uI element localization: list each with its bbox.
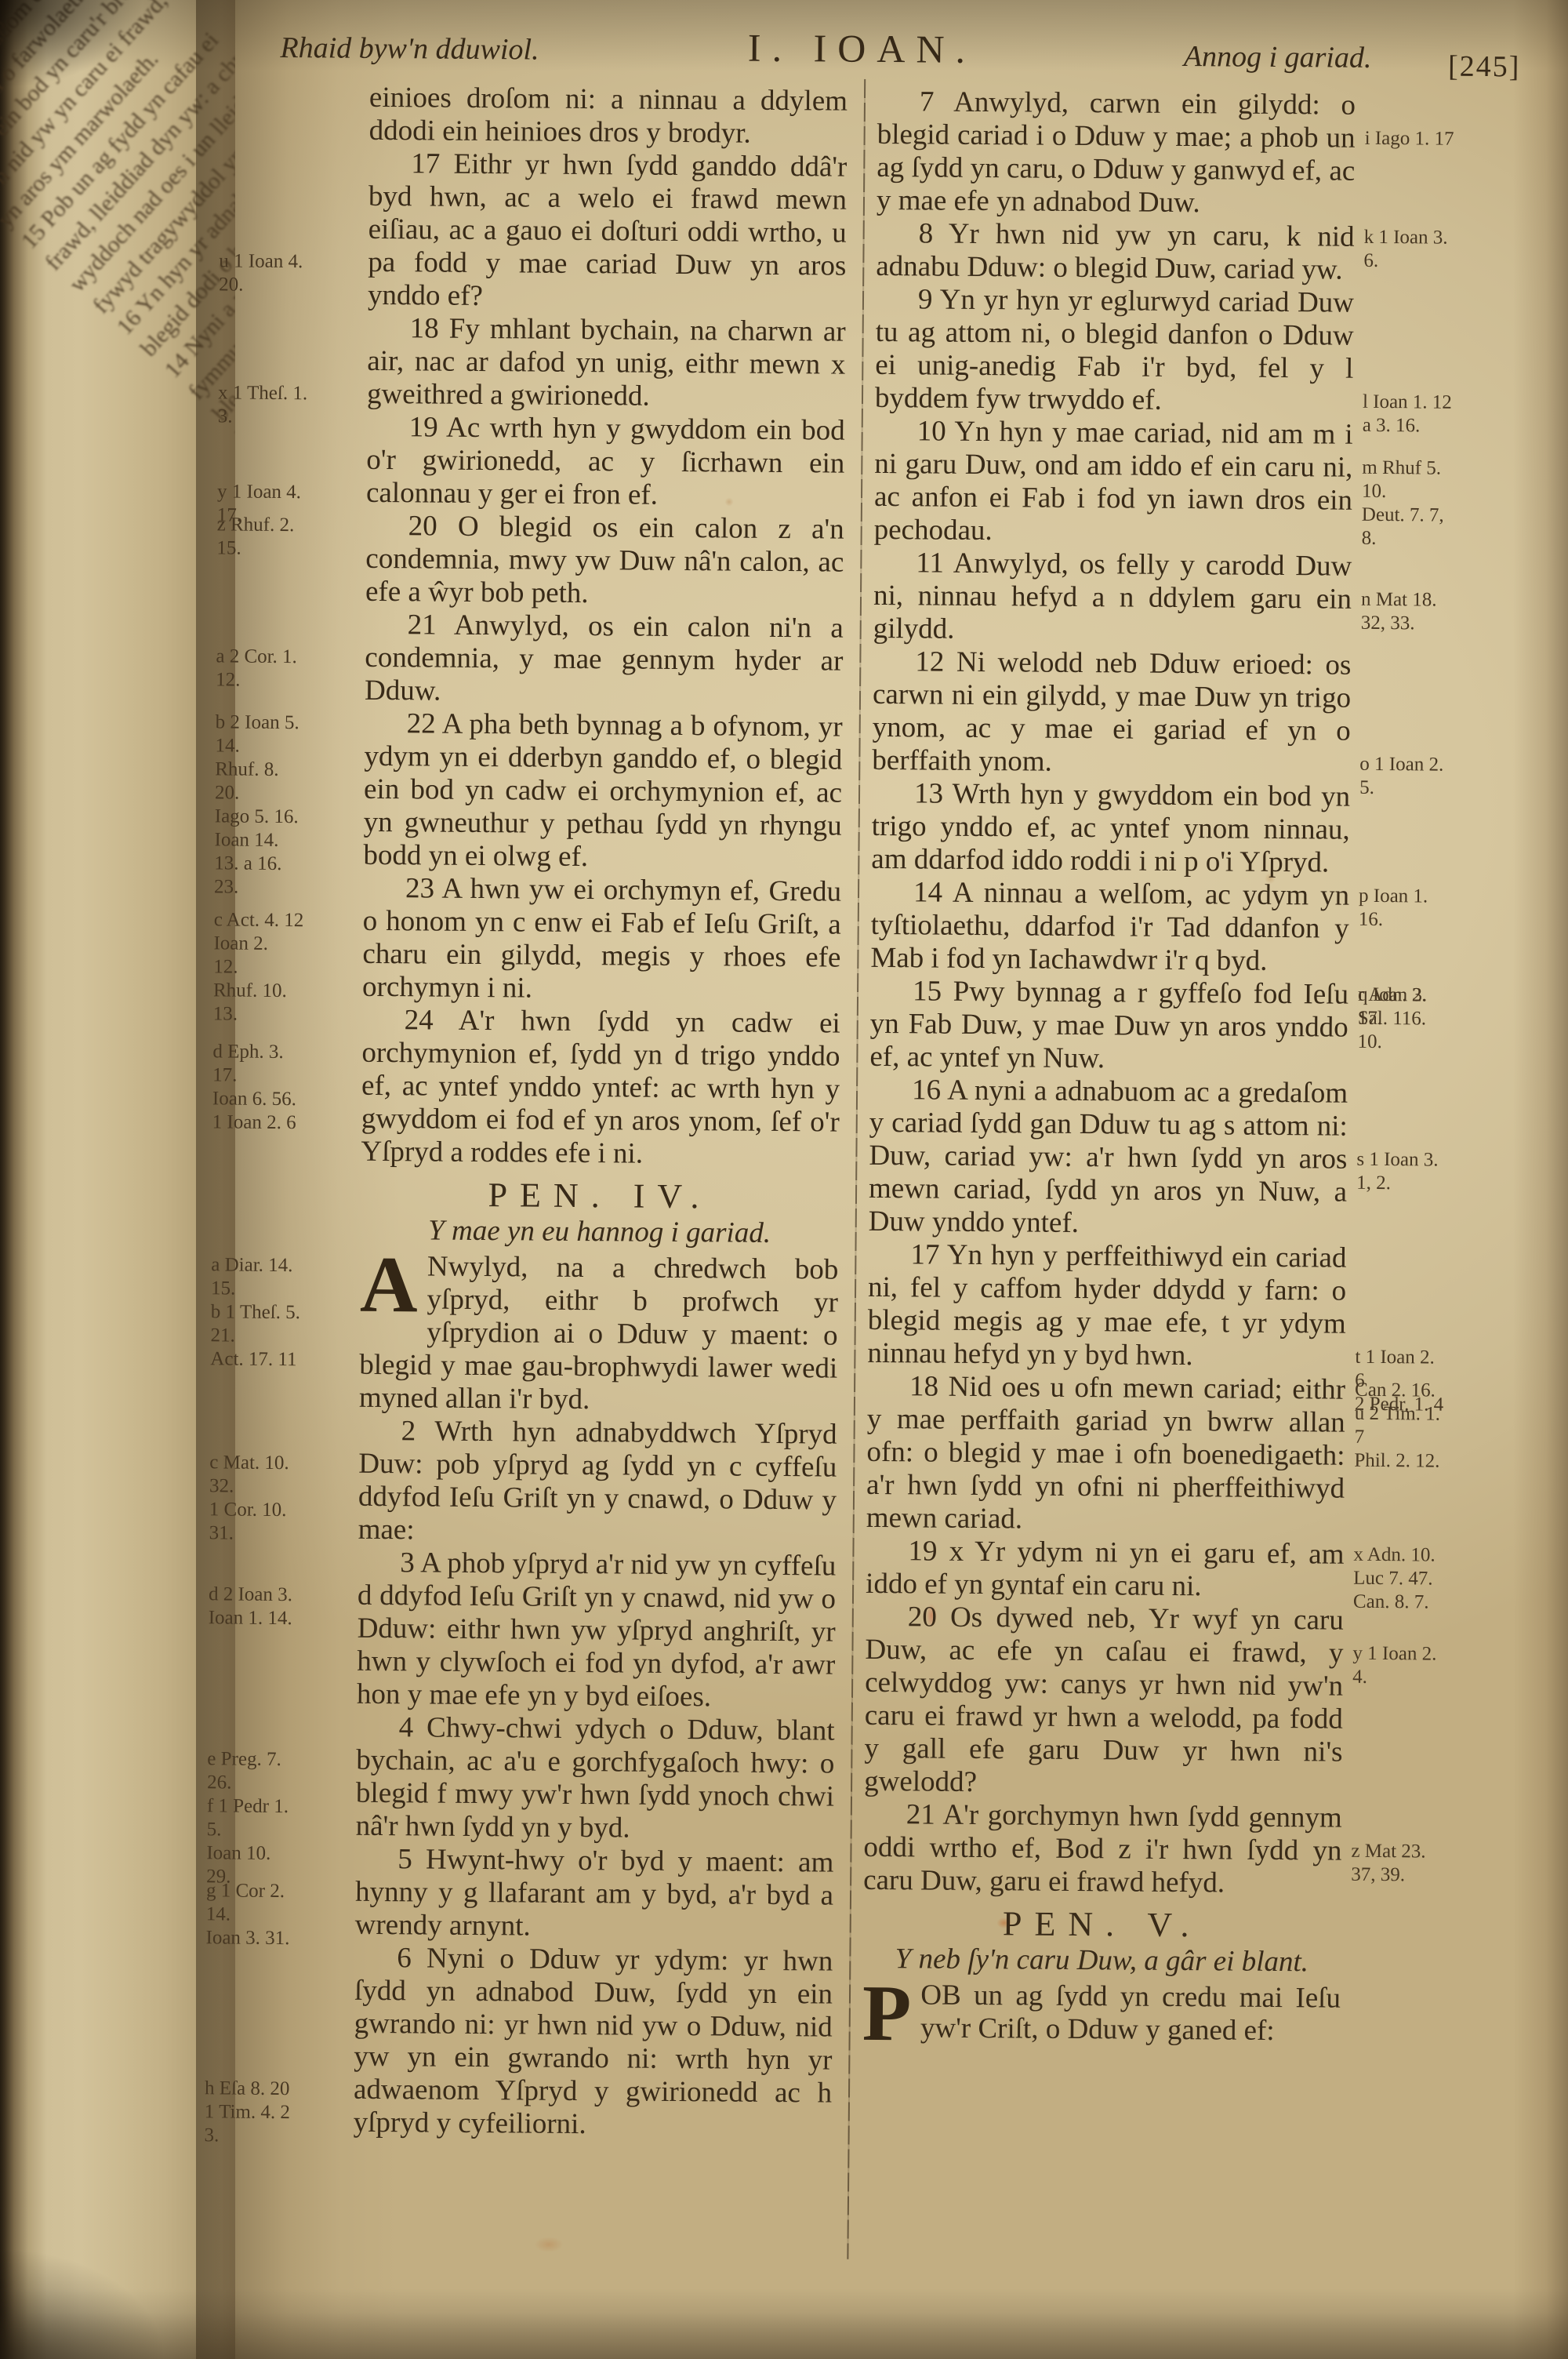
drop-cap: P [862, 1979, 921, 2047]
margin-note-line: 23. [214, 875, 354, 900]
margin-note-line: 12. [216, 668, 355, 692]
verse-paragraph: 18 Fy mhlant bychain, na charwn ar air, … [367, 312, 846, 415]
verse-paragraph: 18 Nid oes u ofn mewn cariad; eithr y ma… [866, 1370, 1346, 1539]
verse-paragraph: 9 Yn yr hyn yr eglurwyd cariad Duw tu ag… [875, 283, 1354, 419]
margin-note: c Act. 4. 12Ioan 2.12.Rhuf. 10.13. [213, 908, 354, 1027]
chapter-heading: PEN. IV. [361, 1178, 839, 1215]
verse-paragraph: 19 Ac wrth hyn y gwyddom ein bod o'r gwi… [366, 411, 845, 514]
verse-paragraph: 10 Yn hyn y mae cariad, nid am m i ni ga… [874, 415, 1353, 551]
verse-paragraph: 21 A'r gorchymyn hwn ſydd gennym oddi wr… [863, 1798, 1342, 1901]
margin-note-line: Ioan 10. [206, 1841, 346, 1866]
verse-paragraph: 17 Yn hyn y perffeithiwyd ein cariad ni,… [867, 1238, 1346, 1374]
verse-paragraph: 8 Yr hwn nid yw yn caru, k nid adnabu Dd… [876, 217, 1355, 287]
margin-note-line: y 1 Ioan 4. [217, 480, 357, 504]
margin-note-line: 20. [219, 273, 358, 297]
margin-note-line: u 1 Ioan 4. [219, 249, 358, 274]
chapter-summary: Y neb ſy'n caru Duw, a gâr ei blant. [862, 1943, 1341, 1979]
margin-note: a 2 Cor. 1.12. [216, 645, 355, 692]
margin-note-line: 17. [212, 1063, 352, 1088]
verse-paragraph: 17 Eithr yr hwn ſydd ganddo ddâ'r byd hw… [368, 147, 848, 316]
margin-note-line: 14. [215, 734, 354, 758]
margin-note-line: 14. [206, 1903, 346, 1927]
margin-note-line: 31. [209, 1521, 349, 1546]
margin-note-line: x 1 Theſ. 1. [218, 381, 358, 405]
verse-paragraph: 12 Ni welodd neb Dduw erioed: os carwn n… [872, 645, 1351, 781]
verse-paragraph: 23 A hwn yw ei orchymyn ef, Gredu o hono… [362, 872, 841, 1008]
margin-note-line: Rhuf. 10. [213, 979, 353, 1003]
margin-note: d Eph. 3.17.Ioan 6. 56.1 Ioan 2. 6 [212, 1040, 353, 1135]
margin-note-line: Ioan 2. [213, 932, 353, 956]
margin-note: d 2 Ioan 3.Ioan 1. 14. [209, 1583, 348, 1630]
page-content: Rhaid byw'n dduwiol. I. IOAN. Annog i ga… [0, 0, 1568, 2359]
margin-note-line: 1 Ioan 2. 6 [212, 1110, 352, 1135]
verse-paragraph: 4 Chwy-chwi ydych o Dduw, blant bychain,… [356, 1711, 835, 1847]
margin-note-line: Ioan 3. 31. [205, 1926, 345, 1950]
margin-note: b 2 Ioan 5.14.Rhuf. 8.20.Iago 5. 16.Ioan… [214, 711, 355, 900]
verse-paragraph: 16 A nyni a adnabuom ac a gredaſom y car… [869, 1074, 1348, 1242]
drop-cap: A [360, 1250, 427, 1318]
verse-paragraph: 13 Wrth hyn y gwyddom ein bod yn trigo y… [871, 777, 1350, 880]
page-right-edge-shade [1513, 0, 1568, 2359]
verse-paragraph: 5 Hwynt-hwy o'r byd y maent: am hynny y … [355, 1843, 834, 1946]
margin-note-line: 15. [211, 1277, 350, 1301]
left-text-column: einioes droſom ni: a ninnau a ddylem ddo… [354, 82, 848, 2143]
chapter-heading: PEN. V. [863, 1906, 1341, 1943]
margin-note-line: c Act. 4. 12 [214, 908, 354, 932]
page-bottom-edge-shade [0, 2312, 1568, 2359]
verse-paragraph: 15 Pwy bynnag a r gyffeſo fod Ieſu yn Fa… [869, 975, 1348, 1078]
verse-paragraph: 6 Nyni o Dduw yr ydym: yr hwn ſydd yn ad… [354, 1942, 833, 2143]
margin-note-line: 12. [213, 955, 353, 980]
margin-note-line: 26. [207, 1771, 347, 1795]
margin-note-line: 3. [204, 2124, 343, 2148]
verse-paragraph: 24 A'r hwn ſydd yn cadw ei orchymynion e… [361, 1004, 840, 1172]
margin-note-line: 32. [209, 1474, 349, 1499]
running-title-right: Annog i gariad. [1184, 39, 1372, 75]
verse-paragraph: 20 Os dywed neb, Yr wyf yn caru Duw, ac … [864, 1601, 1344, 1802]
margin-note-line: 13. a 16. [214, 852, 354, 876]
margin-note: g 1 Cor 2.14.Ioan 3. 31. [205, 1879, 346, 1950]
verse-paragraph: 21 Anwylyd, os ein calon ni'n a condemni… [365, 609, 844, 711]
margin-note-line: 3. [218, 405, 358, 429]
margin-note-line: Rhuf. 8. [215, 758, 354, 782]
margin-note-line: 1 Tim. 4. 2 [205, 2100, 344, 2125]
margin-note-line: 21. [210, 1324, 350, 1348]
margin-note-line: b 1 Theſ. 5. [211, 1300, 350, 1325]
verse-paragraph: POB un ag ſydd yn credu mai Ieſu yw'r Cr… [862, 1979, 1341, 2048]
verse-paragraph: 2 Wrth hyn adnabyddwch Yſpryd Duw: pob y… [358, 1415, 837, 1550]
margin-note-line: f 1 Pedr 1. [207, 1794, 347, 1819]
verse-paragraph: 11 Anwylyd, os felly y carodd Duw ni, ni… [873, 547, 1352, 649]
margin-note-line: 15. [216, 536, 356, 561]
right-column-wrap: 7 Anwylyd, carwn ein gilydd: o blegid ca… [862, 85, 1356, 2050]
verse-paragraph: einioes droſom ni: a ninnau a ddylem ddo… [369, 82, 848, 151]
margin-note-line: 1 Cor. 10. [209, 1498, 349, 1522]
margin-note: a Diar. 14.15.b 1 Theſ. 5.21.Act. 17. 11 [210, 1253, 350, 1372]
right-text-column: 7 Anwylyd, carwn ein gilydd: o blegid ca… [862, 85, 1356, 2048]
page-number: [245] [1448, 49, 1521, 85]
margin-note-line: g 1 Cor 2. [206, 1879, 346, 1903]
margin-note-line: z Rhuf. 2. [217, 513, 357, 537]
margin-note-line: Ioan 14. [214, 828, 354, 852]
margin-note: e Preg. 7.26.f 1 Pedr 1.5.Ioan 10.29. [206, 1747, 347, 1889]
margin-note-line: 5. [207, 1818, 347, 1842]
margin-note-line: Act. 17. 11 [210, 1347, 350, 1372]
verse-paragraph: 3 A phob yſpryd a'r nid yw yn cyffeſu d … [357, 1547, 837, 1715]
verse-paragraph: 19 x Yr ydym ni yn ei garu ef, am iddo e… [866, 1535, 1345, 1605]
verse-paragraph: 20 O blegid os ein calon z a'n condemnia… [365, 510, 844, 612]
margin-note: c Mat. 10.32.1 Cor. 10.31. [209, 1451, 350, 1546]
chapter-summary: Y mae yn eu hannog i gariad. [360, 1214, 838, 1251]
margin-note-line: 13. [213, 1002, 353, 1027]
margin-note: x 1 Theſ. 1.3. [218, 381, 358, 429]
running-header: Rhaid byw'n dduwiol. I. IOAN. Annog i ga… [0, 17, 1568, 85]
margin-note-line: d Eph. 3. [212, 1040, 352, 1064]
margin-note-line: h Eſa 8. 20 [205, 2077, 344, 2101]
verse-paragraph: 22 A pha beth bynnag a b ofynom, yr ydym… [363, 707, 843, 876]
verse-paragraph: ANwylyd, na a chredwch bob yſpryd, eithr… [359, 1250, 839, 1419]
margin-note-line: a Diar. 14. [211, 1253, 350, 1278]
margin-note-line: b 2 Ioan 5. [216, 711, 355, 735]
left-margin-notes: u 1 Ioan 4.20.x 1 Theſ. 1.3.y 1 Ioan 4.1… [220, 80, 360, 81]
margin-note-line: c Mat. 10. [209, 1451, 349, 1475]
verse-paragraph: 7 Anwylyd, carwn ein gilydd: o blegid ca… [877, 85, 1356, 221]
margin-note-line: Ioan 1. 14. [209, 1606, 348, 1630]
margin-note-line: a 2 Cor. 1. [216, 645, 355, 669]
margin-note: h Eſa 8. 201 Tim. 4. 23. [204, 2077, 344, 2148]
margin-note-line: 20. [215, 781, 354, 805]
margin-note-line: d 2 Ioan 3. [209, 1583, 348, 1607]
left-column-wrap: einioes droſom ni: a ninnau a ddylem ddo… [354, 82, 848, 2143]
margin-note-line: e Preg. 7. [207, 1747, 347, 1772]
verse-paragraph: 14 A ninnau a welſom, ac ydym yn tyſtiol… [870, 876, 1349, 979]
margin-note: u 1 Ioan 4.20. [219, 249, 358, 297]
margin-note-line: Ioan 6. 56. [212, 1087, 352, 1111]
margin-note-line: Iago 5. 16. [215, 805, 354, 829]
margin-note: z Rhuf. 2.15. [216, 513, 356, 561]
